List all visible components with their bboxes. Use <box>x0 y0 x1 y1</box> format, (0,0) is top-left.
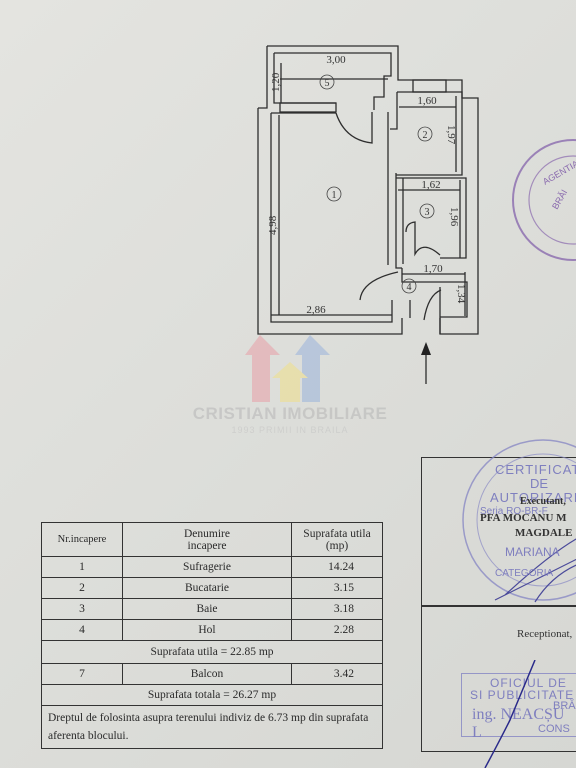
stamp-line: MARIANA <box>505 545 560 559</box>
row-nr: 1 <box>42 557 123 578</box>
room-area-table: Nr.incapere Denumireincapere Suprafata u… <box>41 522 383 749</box>
row-name: Baie <box>123 599 292 620</box>
dim-room5-width: 3,00 <box>326 54 346 66</box>
room-number-1: 1 <box>332 190 337 201</box>
dim-room3-width: 1,62 <box>421 179 440 191</box>
watermark-subtitle: 1993 PRIMII IN BRAILA <box>190 425 390 435</box>
row-area: 3.18 <box>292 599 383 620</box>
executant-name-2: MAGDALE <box>515 527 572 539</box>
room-number-3: 3 <box>425 207 430 218</box>
executant-label: Executant, <box>520 496 566 507</box>
table-header-row: Nr.incapere Denumireincapere Suprafata u… <box>42 523 383 557</box>
header-name: Denumireincapere <box>123 523 292 557</box>
row-area: 3.15 <box>292 578 383 599</box>
dim-room4-width: 1,70 <box>423 263 443 275</box>
row-nr: 3 <box>42 599 123 620</box>
watermark-title: CRISTIAN IMOBILIARE <box>190 404 390 424</box>
signature-icon <box>480 660 540 768</box>
balcony-nr: 7 <box>42 664 123 685</box>
receptionat-label: Receptionat, <box>517 628 572 640</box>
stamp-line: CATEGORIA <box>495 568 553 579</box>
dim-room5-height: 1,20 <box>270 72 282 92</box>
stamp-line: CERTIFICAT <box>495 462 576 477</box>
balcony-name: Balcon <box>123 664 292 685</box>
dim-room1-width: 2,86 <box>306 304 326 316</box>
dim-room4-height: 1,34 <box>455 284 467 304</box>
office-stamp-line: CONS <box>538 723 570 735</box>
stamp-line: DE <box>530 476 548 491</box>
dim-room2-width: 1,60 <box>417 95 437 107</box>
row-area: 2.28 <box>292 620 383 641</box>
dim-room1-height: 4,98 <box>267 215 279 235</box>
balcony-row: 7 Balcon 3.42 <box>42 664 383 685</box>
room-number-5: 5 <box>325 78 330 89</box>
watermark-logo: CRISTIAN IMOBILIARE 1993 PRIMII IN BRAIL… <box>190 330 390 440</box>
header-area: Suprafata utila(mp) <box>292 523 383 557</box>
row-name: Sufragerie <box>123 557 292 578</box>
row-name: Hol <box>123 620 292 641</box>
room-number-2: 2 <box>423 130 428 141</box>
table-row: 2 Bucatarie 3.15 <box>42 578 383 599</box>
balcony-area: 3.42 <box>292 664 383 685</box>
row-nr: 2 <box>42 578 123 599</box>
dim-room3-height: 1,96 <box>448 207 460 227</box>
useful-total-row: Suprafata utila = 22.85 mp <box>42 641 383 664</box>
table-row: 3 Baie 3.18 <box>42 599 383 620</box>
dim-room2-height: 1,97 <box>445 125 457 145</box>
useful-total: Suprafata utila = 22.85 mp <box>42 641 383 664</box>
svg-text:BRĂI: BRĂI <box>550 188 569 211</box>
table-row: 1 Sufragerie 14.24 <box>42 557 383 578</box>
header-nr: Nr.incapere <box>42 523 123 557</box>
row-area: 14.24 <box>292 557 383 578</box>
row-nr: 4 <box>42 620 123 641</box>
house-arrows-icon <box>190 330 390 405</box>
land-share-note: Dreptul de folosinta asupra terenului in… <box>42 706 383 749</box>
row-name: Bucatarie <box>123 578 292 599</box>
note-row: Dreptul de folosinta asupra terenului in… <box>42 706 383 749</box>
grand-total: Suprafata totala = 26.27 mp <box>42 685 383 706</box>
svg-text:AGENTIA: AGENTIA <box>541 158 576 186</box>
table-row: 4 Hol 2.28 <box>42 620 383 641</box>
room-number-4: 4 <box>407 282 412 293</box>
executant-name: PFA MOCANU M <box>480 512 567 524</box>
cadastre-stamp-icon: AGENTIA BRĂI <box>505 135 576 265</box>
grand-total-row: Suprafata totala = 26.27 mp <box>42 685 383 706</box>
